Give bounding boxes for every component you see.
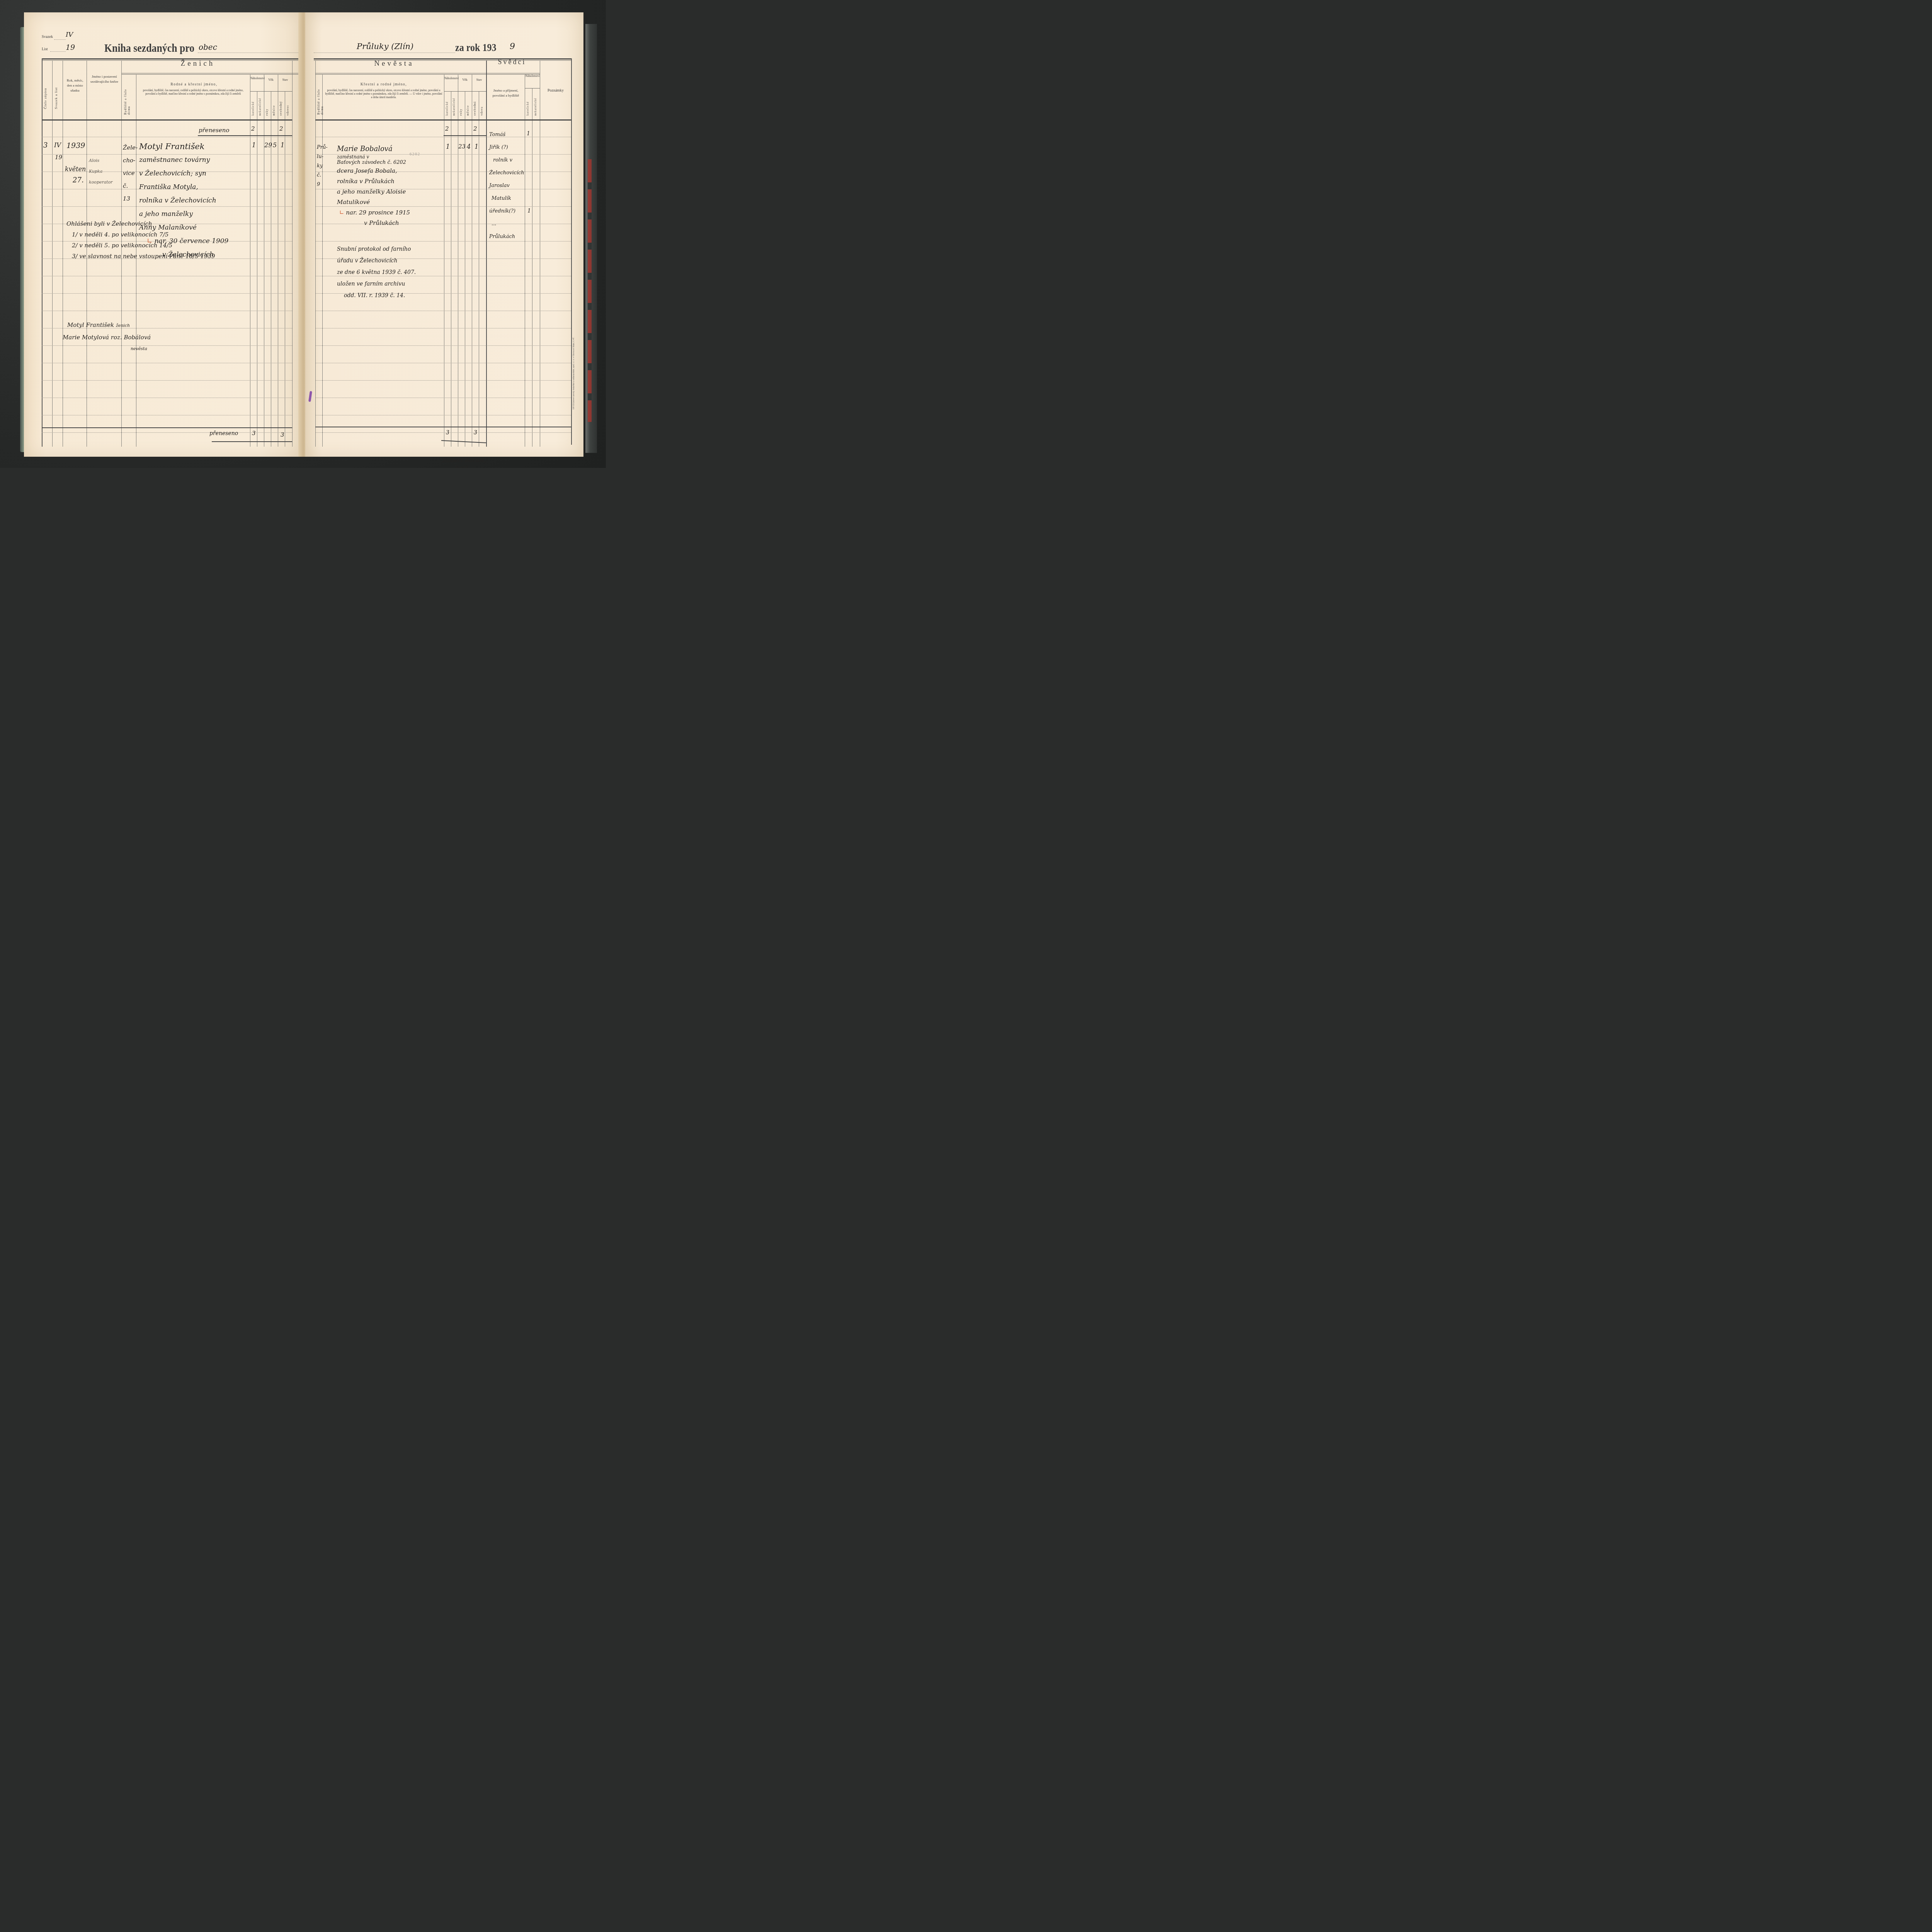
witnesses-list: Tomáš Jiřík (?) rolník v Želechovicích J…: [489, 128, 525, 243]
purple-ink-mark: [308, 391, 312, 402]
list-value: 19: [66, 43, 75, 52]
col-vdovec: vdovec: [286, 99, 289, 116]
col-cislo-zapisu: Číslo zápisu: [43, 70, 47, 109]
page-title: Kniha sezdaných pro: [104, 42, 194, 55]
entry-svazek: IV: [54, 141, 61, 149]
entry-knez: Alois Kupka kooperator: [89, 155, 121, 188]
col-svobodna: svobodná: [473, 95, 476, 116]
col-stav: Stav: [278, 78, 292, 82]
red-check-mark: ∟: [339, 209, 344, 216]
totals-svobodny: 3: [281, 431, 284, 438]
priest-signature: Robert Bartoš,: [443, 457, 486, 464]
list-label: List: [42, 47, 48, 51]
col-krestni-desc: povolání, bydliště, čas narození, rodišt…: [325, 88, 443, 99]
col-vek: Věk: [458, 78, 471, 82]
col-stav: Stav: [472, 78, 486, 82]
left-page: Svazek IV List 19 Kniha sezdaných pro ob…: [24, 12, 301, 457]
svazek-value: IV: [66, 31, 73, 39]
entry-cislo: 3: [43, 141, 48, 150]
bride-bydliste: Prů- lu- ky č. 9: [317, 143, 322, 189]
title-year-label: za rok 193: [455, 42, 497, 54]
carried-over-katolicke: 2: [445, 125, 449, 132]
col-svedci-nabozenstvi: Náboženství: [525, 74, 540, 78]
witness2-katolicke: 1: [527, 208, 531, 214]
witness1-katolicke: 1: [527, 131, 530, 137]
col-mesice: měsíce: [272, 98, 276, 116]
bride-signature: Marie Motylová roz. Bobálová: [63, 334, 151, 341]
col-katolicke: katolické: [251, 94, 255, 116]
signatures-block: Motyl František ženich Marie Motylová ro…: [63, 319, 225, 355]
section-bride: Nevěsta: [317, 60, 471, 68]
col-roky: roky: [265, 105, 269, 116]
col-vek: Věk: [264, 78, 277, 82]
priest-title: farář: [455, 465, 468, 468]
col-bydliste: Bydliště a číslo domu: [317, 80, 324, 115]
col-jmeno-knez: Jméno i postavení sezdávajícího kněze: [88, 74, 121, 84]
col-mesice: měsíce: [466, 98, 469, 116]
entry-bride-details: Marie Bobalová zaměstnaná v Baťových záv…: [337, 144, 444, 228]
col-nabozenstvi: Náboženství: [250, 77, 264, 80]
section-witnesses: Svědci: [487, 58, 537, 66]
col-svobodny: svobodný: [279, 95, 282, 116]
totals-katolicke: 3: [446, 430, 449, 436]
right-page: Průluky (Zlín) za rok 193 9 Nevěsta Svěd…: [305, 12, 583, 457]
col-svazek-a-list: Svazek a list: [54, 70, 58, 109]
entry-list: 19: [55, 154, 62, 161]
entry-roky: 29: [264, 141, 272, 149]
section-groom: Ženich: [113, 60, 283, 68]
bride-svobodna: 1: [474, 143, 478, 150]
bride-katolicke: 1: [446, 143, 450, 150]
svazek-label: Svazek: [42, 35, 53, 39]
totals-katolicke: 3: [252, 430, 256, 437]
civil-protocol-note: Snubní protokol od farního úřadu v Želec…: [337, 243, 445, 301]
carried-over-label: přeneseno: [199, 127, 229, 134]
entry-den: 27.: [73, 176, 84, 184]
entry-rok: 1939: [66, 141, 85, 150]
groom-signature: Motyl František: [67, 321, 114, 328]
col-poznamky: Poznámky: [541, 89, 570, 93]
entry-katolicke: 1: [252, 141, 256, 149]
col-svedci-katolicke: katolické: [526, 94, 529, 116]
printer-imprint: 118 35 Lidové závody tiskařské a naklada…: [573, 337, 575, 410]
groom-name: Motyl František: [139, 140, 251, 153]
page-edge-right: [585, 24, 597, 453]
carried-over-katolicke: 2: [251, 125, 255, 132]
col-nabozenstvi: Náboženství: [444, 77, 457, 80]
col-rodne-jmeno-desc: povolání, bydliště, čas narození, rodišt…: [138, 88, 248, 95]
bride-roky: 23: [458, 143, 466, 150]
col-roky: roky: [459, 105, 463, 116]
entry-bydliste: Žele- cho- vice č. 13: [123, 141, 136, 205]
col-svedci-nekatolicke: nekatolické: [534, 94, 537, 116]
pencil-note: 6202: [410, 152, 420, 156]
col-bydliste: Bydliště a číslo domu: [124, 80, 131, 115]
entry-mesic: květen: [65, 165, 86, 173]
carried-over-svobodna: 2: [473, 125, 477, 132]
totals-svobodna: 3: [474, 430, 477, 436]
col-nekatolicke: nekatolické: [258, 94, 262, 116]
carried-over-svobodny: 2: [279, 125, 283, 132]
col-rok-mesic: Rok, měsíc, den a místo sňatku: [64, 78, 86, 93]
col-nekatolicke: nekatolické: [452, 94, 456, 116]
totals-label: přeneseno: [209, 430, 238, 437]
bride-name: Marie Bobalová: [337, 144, 444, 154]
entry-svobodny: 1: [281, 141, 284, 149]
entry-mesice: 5: [273, 141, 277, 149]
col-vdova: vdova: [480, 102, 483, 116]
col-katolicke: katolické: [445, 94, 449, 116]
col-krestni-title: Křestní a rodné jméno,: [325, 83, 443, 87]
bride-mesice: 4: [467, 143, 471, 150]
banns-notes: Ohlášeni byli v Želechovicích 1/ v neděl…: [66, 218, 283, 262]
title-fill-place: Průluky (Zlín): [357, 42, 413, 51]
col-svedci-jmeno: Jméno a příjmení, povolání a bydliště: [488, 88, 524, 98]
title-year-fill: 9: [510, 42, 515, 51]
title-fill-obec: obec: [199, 43, 217, 52]
col-rodne-jmeno-title: Rodné a křestní jméno,: [140, 83, 248, 87]
